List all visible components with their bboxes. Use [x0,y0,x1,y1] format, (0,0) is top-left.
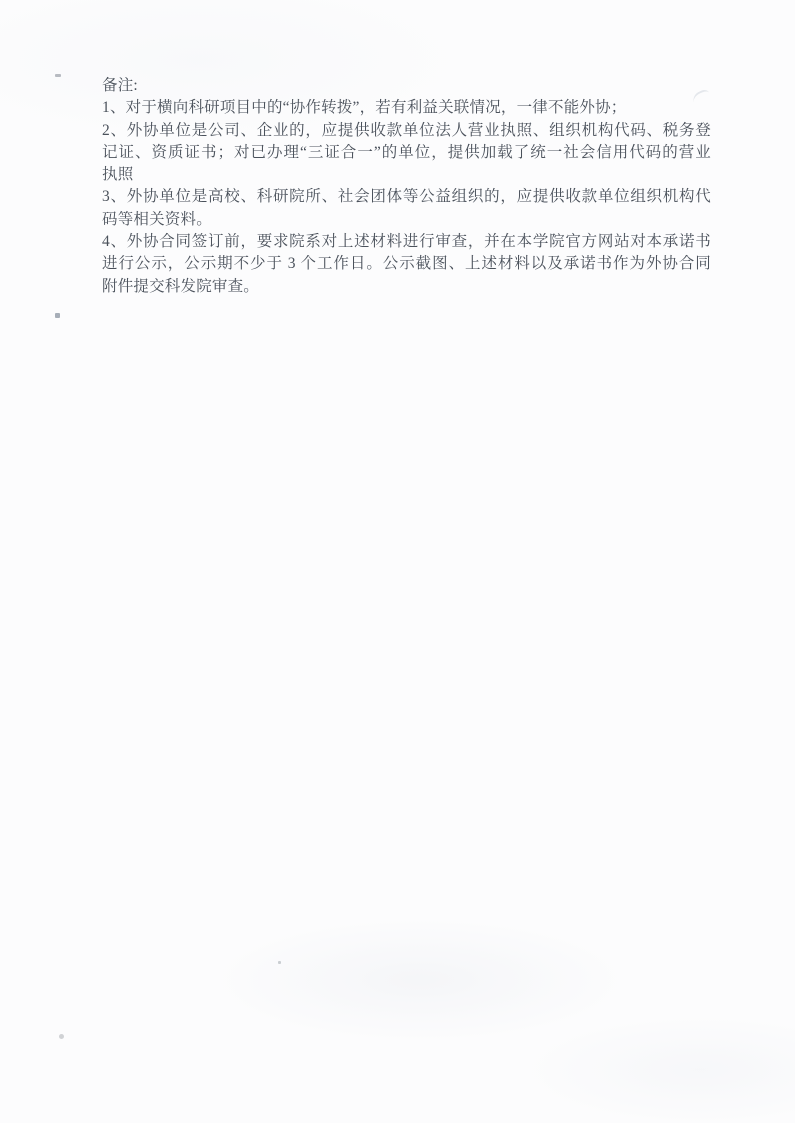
scanned-document-page: { "colors": { "page_background": "#fcfcf… [0,0,795,1123]
notes-heading: 备注: [102,75,711,97]
scan-speck [55,313,60,318]
note-line: 记证、资质证书；对已办理“三证合一”的单位，提供加载了统一社会信用代码的营业 [102,142,711,164]
scan-speck [278,961,281,964]
note-line: 进行公示，公示期不少于 3 个工作日。公示截图、上述材料以及承诺书作为外协合同 [102,253,711,275]
note-line: 附件提交科发院审查。 [102,276,711,298]
scan-speck [55,74,61,77]
note-line: 4、外协合同签订前，要求院系对上述材料进行审查，并在本学院官方网站对本承诺书 [102,231,711,253]
note-line: 1、对于横向科研项目中的“协作转拨”，若有利益关联情况，一律不能外协； [102,97,711,119]
scan-speck [59,1034,64,1039]
notes-section: 备注: 1、对于横向科研项目中的“协作转拨”，若有利益关联情况，一律不能外协； … [102,75,711,298]
note-line: 执照 [102,164,711,186]
note-line: 码等相关资料。 [102,209,711,231]
note-line: 2、外协单位是公司、企业的，应提供收款单位法人营业执照、组织机构代码、税务登 [102,120,711,142]
note-line: 3、外协单位是高校、科研院所、社会团体等公益组织的，应提供收款单位组织机构代 [102,186,711,208]
